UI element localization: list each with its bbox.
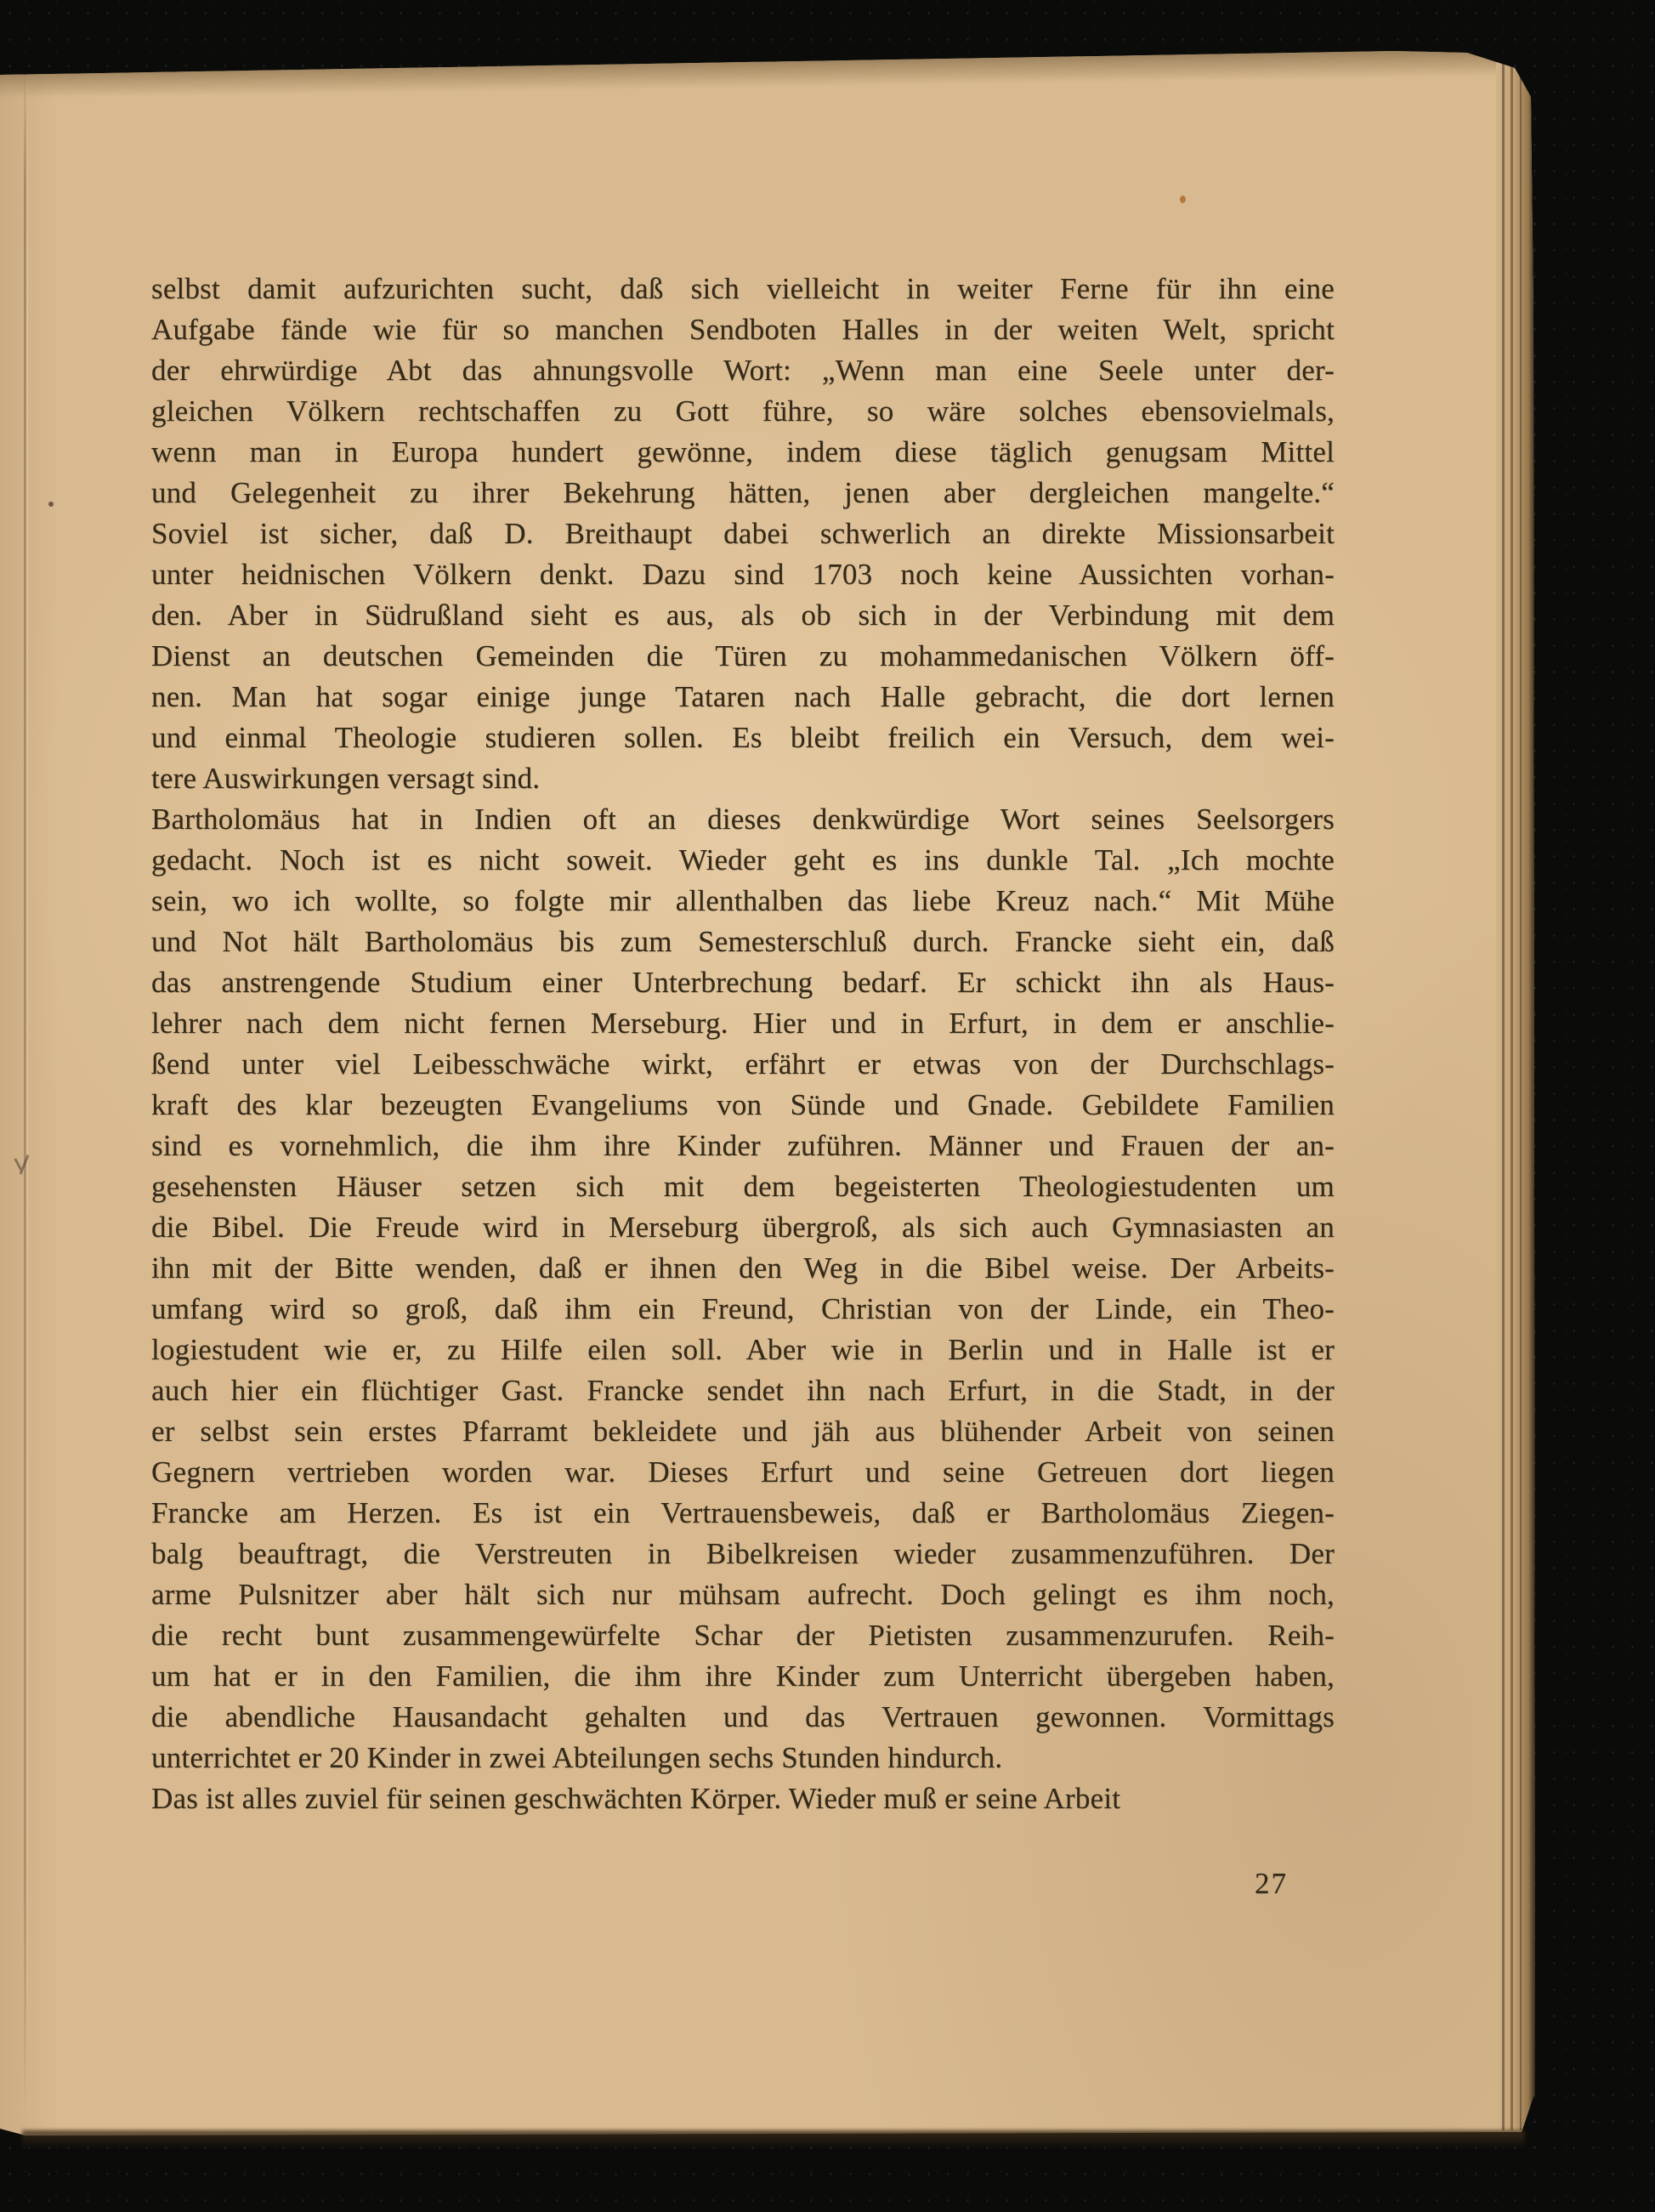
text-block: selbst damit aufzurichten sucht, daß sic…: [151, 269, 1335, 1819]
torn-paper-debris: [81, 52, 209, 73]
text-line: arme Pulsnitzer aber hält sich nur mühsa…: [151, 1574, 1335, 1615]
book-page: selbst damit aufzurichten sucht, daß sic…: [0, 51, 1535, 2135]
margin-pencil-mark: [9, 1153, 37, 1182]
text-line: ßend unter viel Leibesschwäche wirkt, er…: [151, 1044, 1335, 1085]
text-line: Das ist alles zuviel für seinen geschwäc…: [151, 1778, 1335, 1819]
text-line: Bartholomäus hat in Indien oft an dieses…: [151, 799, 1335, 840]
book-fore-edge: [1496, 56, 1535, 2130]
text-line: um hat er in den Familien, die ihm ihre …: [151, 1656, 1335, 1697]
text-line: die Bibel. Die Freude wird in Merseburg …: [151, 1207, 1335, 1248]
text-line: der ehrwürdige Abt das ahnungsvolle Wort…: [151, 350, 1335, 391]
text-line: gleichen Völkern rechtschaffen zu Gott f…: [151, 391, 1335, 432]
paper-stain: [1180, 196, 1186, 203]
text-line: unter heidnischen Völkern denkt. Dazu si…: [151, 554, 1335, 595]
gutter-crease-highlight: [26, 66, 28, 2122]
page-number: 27: [1255, 1867, 1288, 1901]
text-line: umfang wird so groß, daß ihm ein Freund,…: [151, 1289, 1335, 1330]
page-bottom-shadow: [22, 2130, 1525, 2149]
text-line: sind es vornehmlich, die ihm ihre Kinder…: [151, 1126, 1335, 1166]
text-line: auch hier ein flüchtiger Gast. Francke s…: [151, 1370, 1335, 1411]
text-line: lehrer nach dem nicht fernen Merseburg. …: [151, 1003, 1335, 1044]
ink-speck: [48, 502, 54, 507]
scan-background: selbst damit aufzurichten sucht, daß sic…: [0, 0, 1655, 2212]
text-line: Gegnern vertrieben worden war. Dieses Er…: [151, 1452, 1335, 1493]
torn-paper-debris: [1, 45, 104, 72]
text-line: Soviel ist sicher, daß D. Breithaupt dab…: [151, 513, 1335, 554]
text-line: Dienst an deutschen Gemeinden die Türen …: [151, 636, 1335, 677]
text-line: balg beauftragt, die Verstreuten in Bibe…: [151, 1534, 1335, 1574]
text-line: tere Auswirkungen versagt sind.: [151, 758, 1335, 799]
text-line: und Not hält Bartholomäus bis zum Semest…: [151, 922, 1335, 962]
text-line: den. Aber in Südrußland sieht es aus, al…: [151, 595, 1335, 636]
text-line: unterrichtet er 20 Kinder in zwei Abteil…: [151, 1738, 1335, 1778]
text-line: die recht bunt zusammengewürfelte Schar …: [151, 1615, 1335, 1656]
page-top-edge: [0, 46, 1576, 99]
text-line: kraft des klar bezeugten Evangeliums von…: [151, 1085, 1335, 1126]
text-line: wenn man in Europa hundert gewönne, inde…: [151, 432, 1335, 473]
text-line: logiestudent wie er, zu Hilfe eilen soll…: [151, 1330, 1335, 1370]
text-line: das anstrengende Studium einer Unterbrec…: [151, 962, 1335, 1003]
text-line: und Gelegenheit zu ihrer Bekehrung hätte…: [151, 473, 1335, 513]
text-line: sein, wo ich wollte, so folgte mir allen…: [151, 881, 1335, 922]
text-line: selbst damit aufzurichten sucht, daß sic…: [151, 269, 1335, 309]
red-binding-speck: [172, 60, 187, 67]
text-line: die abendliche Hausandacht gehalten und …: [151, 1697, 1335, 1738]
red-binding-speck: [42, 49, 65, 61]
torn-paper-debris: [204, 58, 264, 71]
text-line: er selbst sein erstes Pfarramt bekleidet…: [151, 1411, 1335, 1452]
text-line: nen. Man hat sogar einige junge Tataren …: [151, 677, 1335, 717]
text-line: ihn mit der Bitte wenden, daß er ihnen d…: [151, 1248, 1335, 1289]
text-line: und einmal Theologie studieren sollen. E…: [151, 717, 1335, 758]
text-line: Francke am Herzen. Es ist ein Vertrauens…: [151, 1493, 1335, 1534]
text-line: gedacht. Noch ist es nicht soweit. Wiede…: [151, 840, 1335, 881]
text-line: gesehensten Häuser setzen sich mit dem b…: [151, 1166, 1335, 1207]
text-line: Aufgabe fände wie für so manchen Sendbot…: [151, 309, 1335, 350]
